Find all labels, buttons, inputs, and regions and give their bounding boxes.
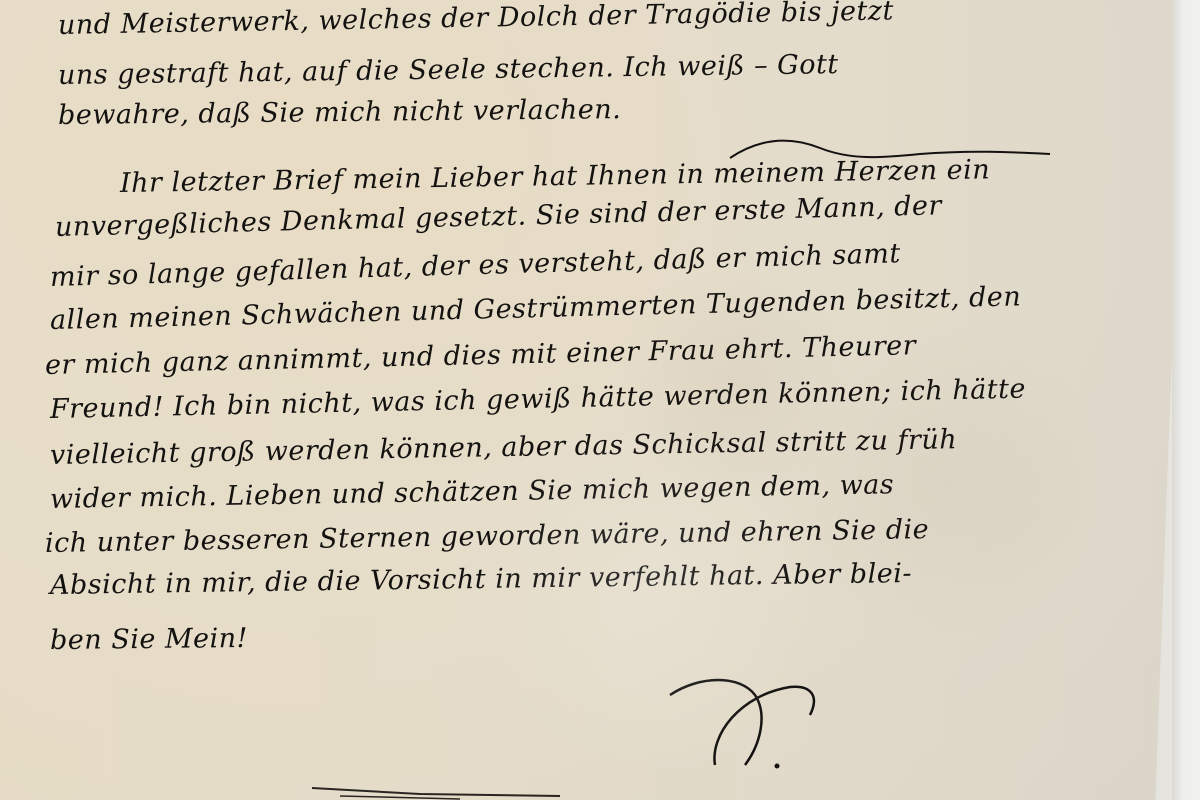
- letter-line-12: ich unter besseren Sternen geworden wäre…: [45, 514, 930, 559]
- signature-initial: [660, 665, 830, 775]
- letter-line-9: Freund! Ich bin nicht, was ich gewiß hät…: [50, 374, 1027, 425]
- letter-paper: und Meisterwerk, welches der Dolch der T…: [0, 0, 1185, 800]
- letter-line-3: bewahre, daß Sie mich nicht verlachen.: [58, 94, 622, 131]
- letter-line-1: und Meisterwerk, welches der Dolch der T…: [58, 0, 894, 41]
- background-surface: [1172, 0, 1200, 800]
- letter-line-14: ben Sie Mein!: [50, 623, 248, 656]
- letter-line-6: mir so lange gefallen hat, der es verste…: [50, 238, 902, 293]
- letter-line-11: wider mich. Lieben und schätzen Sie mich…: [50, 469, 895, 515]
- letter-line-5: unvergeßliches Denkmal gesetzt. Sie sind…: [55, 190, 943, 243]
- letter-line-8: er mich ganz annimmt, und dies mit einer…: [45, 330, 917, 381]
- letter-line-7: allen meinen Schwächen und Gestrümmerten…: [50, 281, 1022, 336]
- photo-frame: und Meisterwerk, welches der Dolch der T…: [0, 0, 1200, 800]
- letter-line-2: uns gestraft hat, auf die Seele stechen.…: [58, 49, 839, 91]
- letter-line-10: vielleicht groß werden können, aber das …: [50, 424, 958, 471]
- bottom-rule-stroke: [300, 780, 660, 800]
- letter-line-13: Absicht in mir, die die Vorsicht in mir …: [50, 558, 912, 601]
